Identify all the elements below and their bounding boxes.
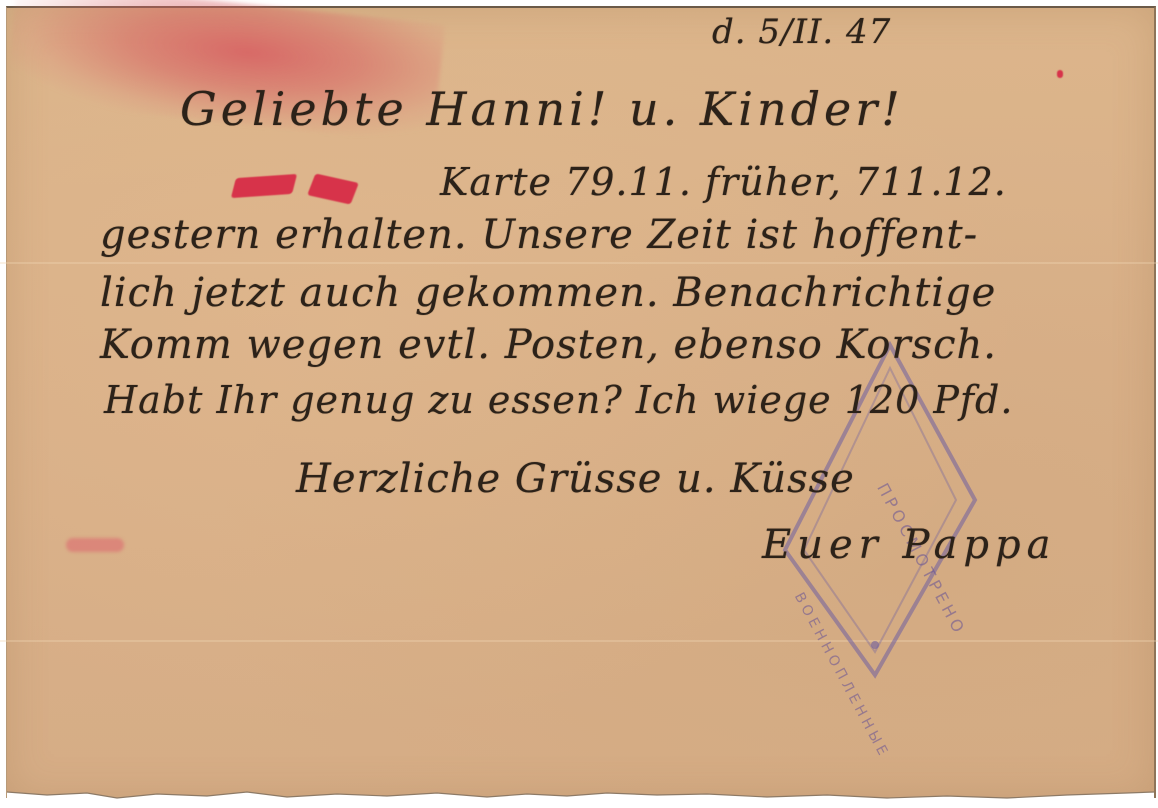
- letter-greeting: Geliebte Hanni! u. Kinder!: [180, 82, 904, 136]
- paper-fold: [0, 262, 1158, 264]
- red-ink-mark: [1057, 70, 1063, 78]
- letter-date: d. 5/II. 47: [712, 12, 891, 52]
- paper-fold: [0, 640, 1158, 642]
- letter-line: Habt Ihr genug zu essen? Ich wiege 120 P…: [104, 378, 1013, 422]
- letter-line: lich jetzt auch gekommen. Benachrichtige: [100, 270, 996, 316]
- letter-line: Komm wegen evtl. Posten, ebenso Korsch.: [100, 322, 997, 368]
- letter-signature: Euer Pappa: [762, 522, 1057, 568]
- letter-line: Karte 79.11. früher, 711.12.: [440, 160, 1007, 204]
- letter-closing: Herzliche Grüsse u. Küsse: [296, 456, 855, 502]
- letter-line: gestern erhalten. Unsere Zeit ist hoffen…: [100, 212, 978, 258]
- red-ink-mark: [66, 538, 124, 552]
- torn-bottom-edge: [7, 790, 1154, 804]
